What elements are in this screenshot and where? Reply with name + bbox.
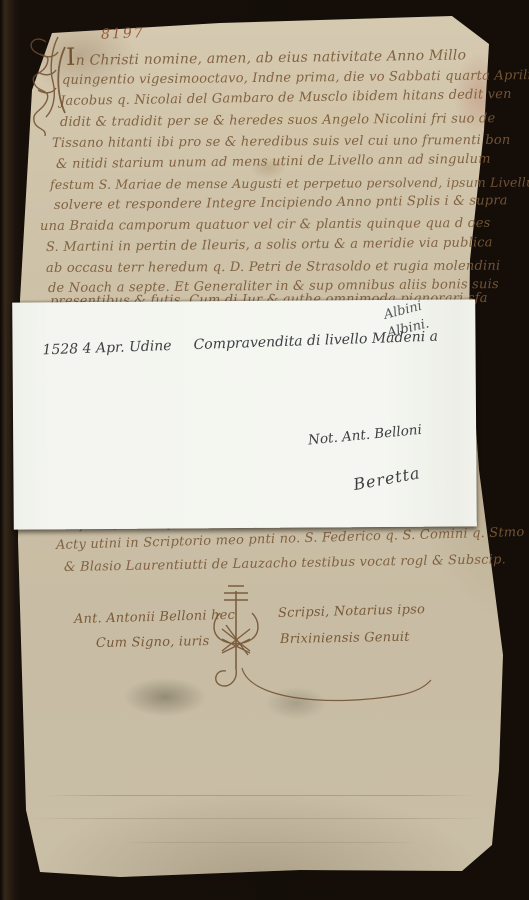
slip-date: 1528 4 Apr. Udine <box>42 338 172 358</box>
notarial-line-right: Scripsi, Notarius ipso <box>278 600 426 623</box>
fold-crease <box>120 842 420 843</box>
manuscript-line: festum S. Mariae de mense Augusti et per… <box>50 172 529 194</box>
manuscript-line: didit & tradidit per se & heredes suos A… <box>60 109 496 132</box>
archive-number: 8197 <box>101 25 145 43</box>
slip-description: Compravendita di livello Madeni a <box>193 329 438 354</box>
slip-caption: 1528 4 Apr. UdineCompravendita di livell… <box>42 329 438 359</box>
archivist-signature: Beretta <box>352 463 422 494</box>
fold-crease <box>30 818 485 819</box>
notarial-line-left: Cum Signo, iuris <box>96 632 210 653</box>
notarial-line-right: Brixiniensis Genuit <box>280 628 410 649</box>
caption-gap <box>172 349 194 350</box>
manuscript-line: una Braida camporum quatuor vel cir & pl… <box>40 214 491 236</box>
notary-attribution: Not. Ant. Belloni <box>307 422 422 449</box>
archival-label-slip: Albini Albini. 1528 4 Apr. UdineComprave… <box>12 299 477 529</box>
fold-crease <box>45 795 475 796</box>
photo-backdrop: 8197 In Christi nomine, amen, ab eius na… <box>0 0 529 900</box>
